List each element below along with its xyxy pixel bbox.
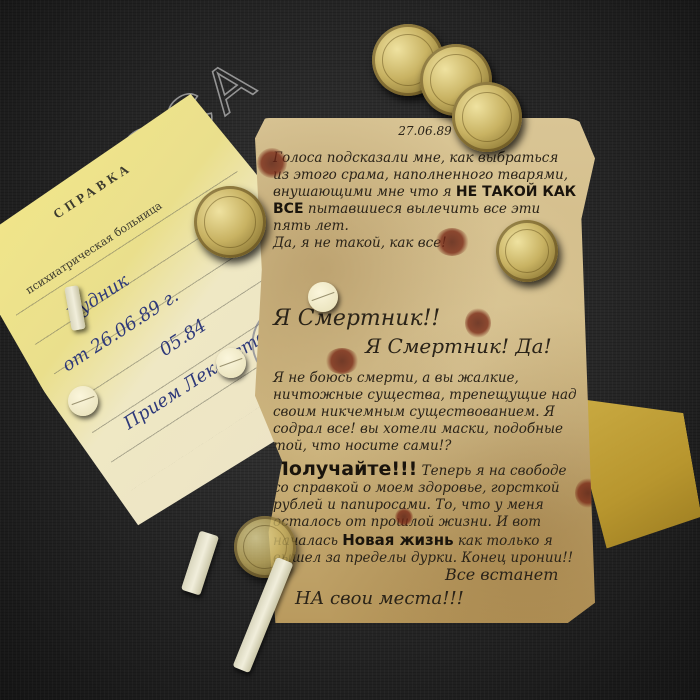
pill-icon	[308, 282, 338, 312]
letter-emphasis-2: Новая жизнь	[342, 531, 453, 549]
blood-stain	[435, 228, 469, 256]
blood-stain	[257, 148, 287, 178]
album-cover: ГОЛОСА СПРАВКА психиатрическая больница …	[0, 0, 700, 700]
cigarette-butt	[181, 530, 219, 595]
letter-shout-3: Получайте!!!	[273, 458, 417, 480]
handwritten-letter: 27.06.89 Голоса подсказали мне, как выбр…	[255, 118, 595, 623]
letter-date: 27.06.89	[255, 124, 595, 138]
pill-icon	[68, 386, 98, 416]
coin-icon	[496, 220, 558, 282]
blood-stain	[465, 308, 491, 338]
letter-shout-1: Я Смертник!!	[273, 310, 577, 327]
blood-stain	[325, 348, 359, 374]
coin-icon	[452, 82, 522, 152]
letter-paragraph-2: Я не боюсь смерти, а вы жалкие, ничтожны…	[273, 370, 577, 455]
letter-closing-1: Все встанет	[445, 566, 577, 583]
coin-icon	[194, 186, 266, 258]
letter-closing-2: НА свои места!!!	[295, 590, 577, 607]
pill-icon	[216, 348, 246, 378]
letter-paragraph-3: Получайте!!! Теперь я на свободе со спра…	[273, 458, 577, 567]
blood-stain	[395, 508, 413, 526]
letter-shout-2: Я Смертник! Да!	[365, 338, 577, 355]
